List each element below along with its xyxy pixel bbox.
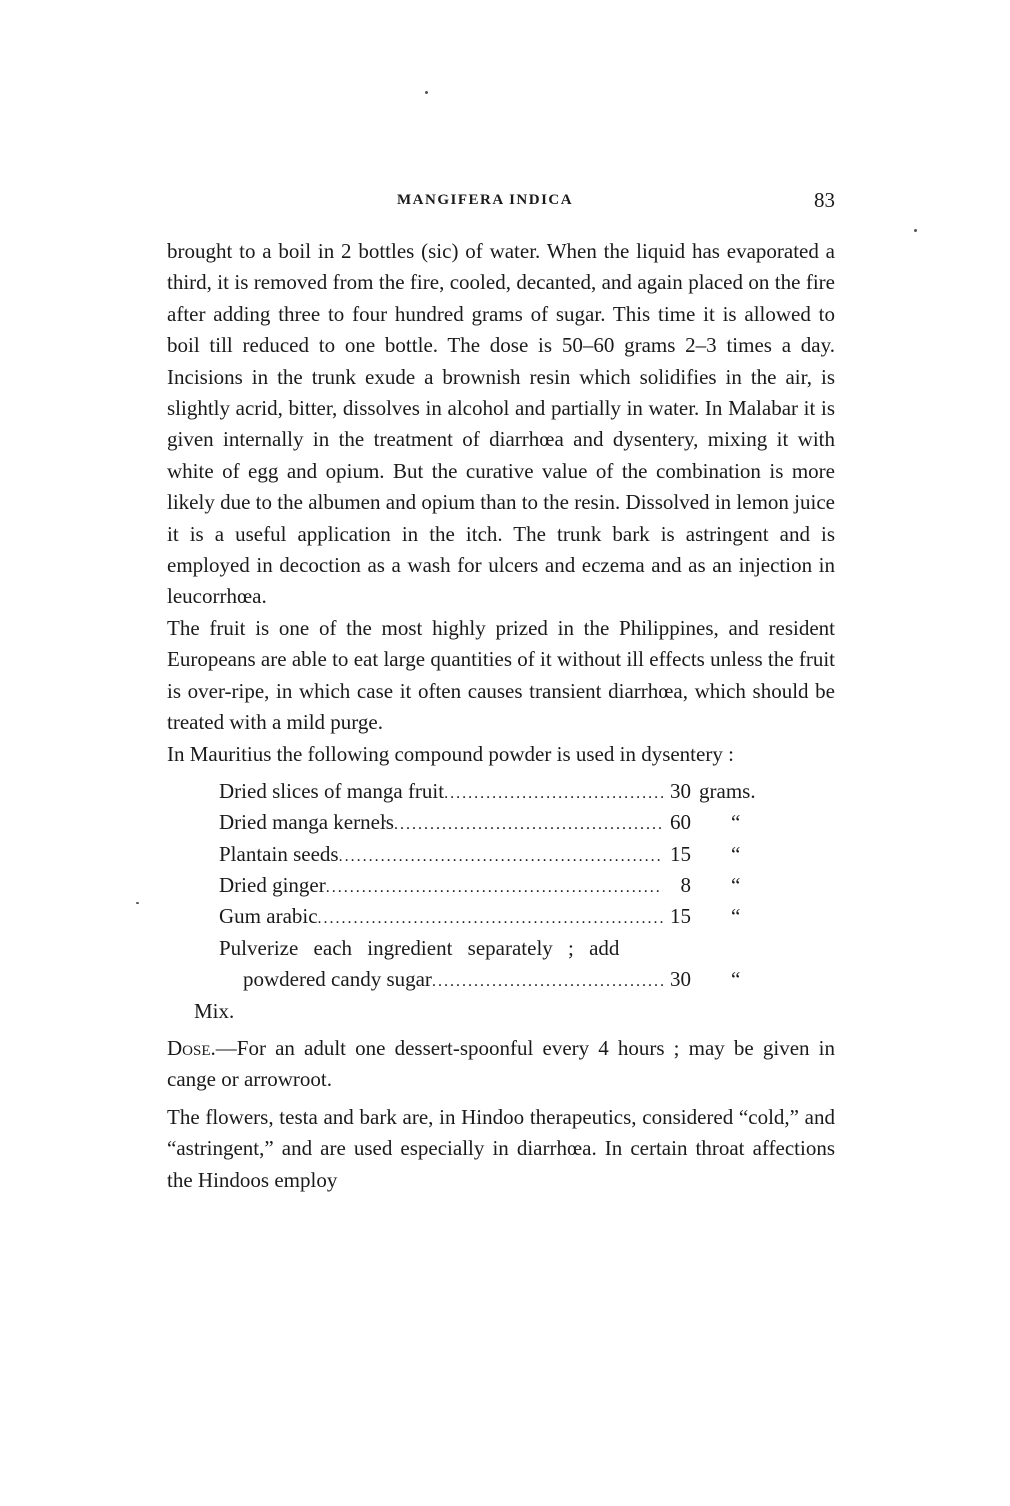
dose-label: Dose. (167, 1036, 216, 1060)
leader-dots: ........................................… (318, 903, 663, 934)
paragraph-flowers: The flowers, testa and bark are, in Hind… (167, 1102, 835, 1196)
page-header: MANGIFERA INDICA 83 (167, 188, 835, 218)
ditto-mark: “ (691, 870, 779, 901)
ingredient-name: Dried ginger (219, 870, 326, 901)
page-body: brought to a boil in 2 bottles (sic) of … (167, 236, 835, 1196)
ditto-mark: “ (691, 807, 779, 838)
leader-dots: ........................................… (444, 778, 663, 809)
dose-paragraph: Dose.—For an adult one dessert-spoonful … (167, 1033, 835, 1096)
page-number: 83 (814, 188, 835, 213)
recipe-row: Dried manga kernels ....................… (219, 807, 779, 838)
scan-speck (914, 229, 917, 232)
recipe-row: Dried slices of manga fruit ............… (219, 776, 779, 807)
scan-speck (425, 91, 428, 94)
ingredient-unit: grams. (691, 776, 779, 807)
recipe-row: Gum arabic .............................… (219, 901, 779, 932)
ingredient-qty: 60 (663, 807, 691, 838)
leader-dots: ........................................… (432, 966, 663, 997)
leader-dots: ........................................… (394, 809, 663, 840)
ingredient-name: Dried manga kernels (219, 807, 394, 838)
recipe-row: powdered candy sugar ...................… (219, 964, 779, 995)
paragraph-resin: brought to a boil in 2 bottles (sic) of … (167, 236, 835, 613)
scan-speck (136, 902, 139, 904)
paragraph-fruit: The fruit is one of the most highly priz… (167, 613, 835, 739)
ingredient-name: Dried slices of manga fruit (219, 776, 444, 807)
ditto-mark: “ (691, 901, 779, 932)
leader-dots: ........................................… (339, 841, 663, 872)
dose-text: —For an adult one dessert-spoonful every… (167, 1036, 835, 1091)
ingredient-qty: 30 (663, 776, 691, 807)
ingredient-name: Plantain seeds (219, 839, 339, 870)
ditto-mark: “ (691, 964, 779, 995)
ingredient-qty: 15 (663, 839, 691, 870)
ingredient-qty: 15 (663, 901, 691, 932)
book-page: MANGIFERA INDICA 83 brought to a boil in… (0, 0, 1010, 1506)
recipe-table: Dried slices of manga fruit ............… (219, 776, 779, 996)
recipe-row: Dried ginger ...........................… (219, 870, 779, 901)
leader-dots: ........................................… (326, 872, 663, 903)
running-title: MANGIFERA INDICA (397, 192, 573, 209)
ingredient-name: Gum arabic (219, 901, 318, 932)
paragraph-mauritius: In Mauritius the following compound powd… (167, 739, 835, 770)
recipe-row: Plantain seeds .........................… (219, 839, 779, 870)
ingredient-qty: 30 (663, 964, 691, 995)
ditto-mark: “ (691, 839, 779, 870)
ingredient-name: powdered candy sugar (243, 964, 432, 995)
ingredient-qty: 8 (663, 870, 691, 901)
mix-instruction: Mix. (194, 996, 835, 1027)
recipe-instruction: Pulverize each ingredient separately ; a… (219, 933, 779, 964)
